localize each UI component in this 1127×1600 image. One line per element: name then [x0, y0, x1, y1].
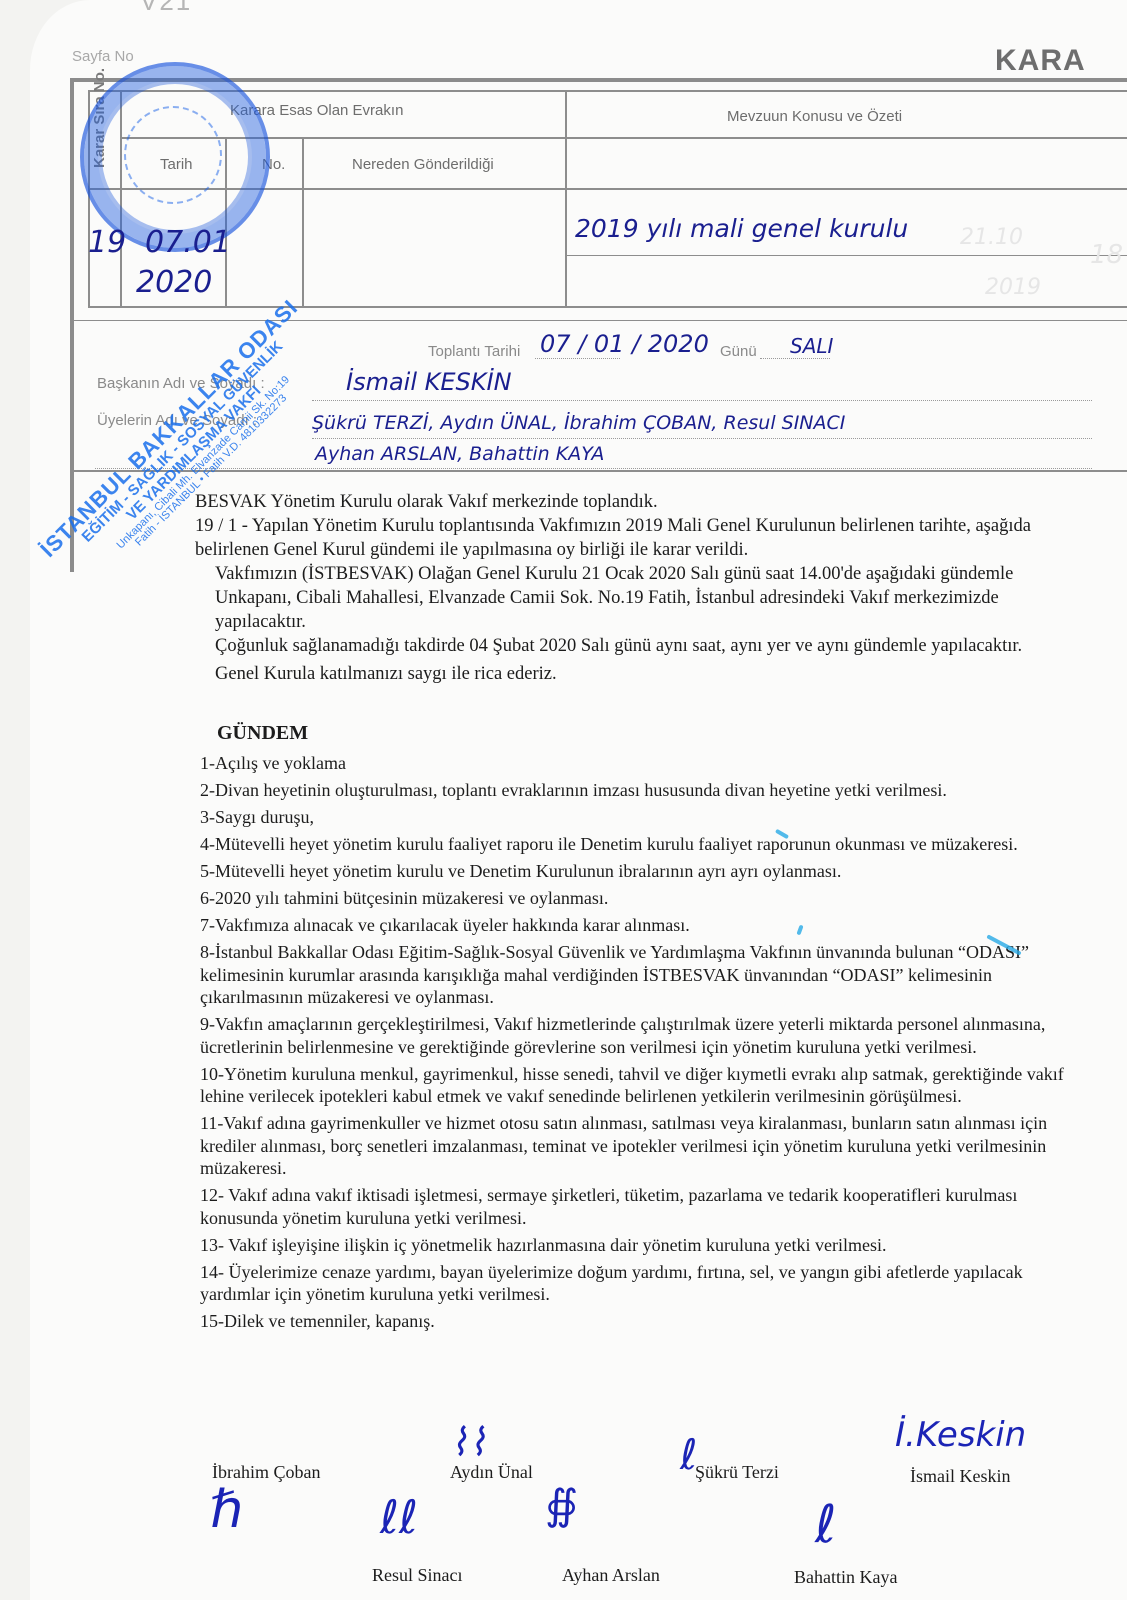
signatory-ismail-keskin: İsmail Keskin	[910, 1466, 1011, 1487]
agenda-item: 2-Divan heyetinin oluşturulması, toplant…	[200, 779, 1080, 802]
agenda-item: 14- Üyelerimize cenaze yardımı, bayan üy…	[200, 1261, 1080, 1306]
agenda-item: 1-Açılış ve yoklama	[200, 752, 1080, 775]
signatory-ayhan-arslan: Ayhan Arslan	[562, 1565, 660, 1586]
body-p4: Çoğunluk sağlanamadığı takdirde 04 Şubat…	[195, 634, 1085, 658]
agenda-item: 6-2020 yılı tahmini bütçesinin müzakeres…	[200, 887, 1080, 910]
entry-year: 2020	[136, 265, 212, 300]
meeting-date-value: 07 / 01 / 2020	[540, 330, 709, 358]
agenda-item: 9-Vakfın amaçlarının gerçekleştirilmesi,…	[200, 1013, 1080, 1058]
ghost-prev-no: 18	[1090, 240, 1123, 270]
members-line2: Ayhan ARSLAN, Bahattin KAYA	[315, 443, 604, 465]
agenda-item: 11-Vakıf adına gayrimenkuller ve hizmet …	[200, 1112, 1080, 1180]
signature-ismail-keskin: İ.Keskin	[895, 1415, 1026, 1455]
meeting-date-label: Toplantı Tarihi	[428, 343, 520, 360]
signature-ibrahim-coban: ℏ	[210, 1480, 243, 1540]
signatory-aydin-unal: Aydın Ünal	[450, 1462, 533, 1483]
decision-body: BESVAK Yönetim Kurulu olarak Vakıf merke…	[195, 490, 1085, 686]
members-line1: Şükrü TERZİ, Aydın ÜNAL, İbrahim ÇOBAN, …	[312, 412, 845, 434]
body-p1: BESVAK Yönetim Kurulu olarak Vakıf merke…	[195, 490, 1085, 514]
signature-aydin-unal: ⌇⌇	[450, 1420, 487, 1464]
agenda-item: 8-İstanbul Bakkallar Odası Eğitim-Sağlık…	[200, 941, 1080, 1009]
agenda-item: 7-Vakfımıza alınacak ve çıkarılacak üyel…	[200, 914, 1080, 937]
col-nereden: Nereden Gönderildiği	[352, 156, 494, 173]
agenda-item: 12- Vakıf adına vakıf iktisadi işletmesi…	[200, 1184, 1080, 1229]
signature-bahattin-kaya: ℓ	[815, 1495, 836, 1555]
agenda-item: 10-Yönetim kuruluna menkul, gayrimenkul,…	[200, 1063, 1080, 1108]
form-title: KARA	[995, 44, 1086, 78]
meeting-day-label: Günü	[720, 343, 757, 360]
top-mark: V21	[140, 0, 192, 17]
body-p3: Vakfımızın (İSTBESVAK) Olağan Genel Kuru…	[195, 562, 1085, 634]
signature-ayhan-arslan: ∯	[545, 1480, 578, 1529]
signatory-sukru-terzi: Şükrü Terzi	[695, 1462, 779, 1483]
body-p2: 19 / 1 - Yapılan Yönetim Kurulu toplantı…	[195, 514, 1085, 562]
ghost-prev-year: 2019	[985, 275, 1041, 300]
signature-resul-sinaci: ℓℓ	[380, 1490, 418, 1544]
ghost-prev-date: 21.10	[960, 225, 1023, 250]
agenda-item: 13- Vakıf işleyişine ilişkin iç yönetmel…	[200, 1234, 1080, 1257]
agenda-item: 15-Dilek ve temenniler, kapanış.	[200, 1310, 1080, 1333]
meeting-day-value: SALI	[790, 334, 833, 358]
signatory-bahattin-kaya: Bahattin Kaya	[794, 1567, 897, 1588]
round-seal-stamp	[80, 62, 270, 252]
signatory-ibrahim-coban: İbrahim Çoban	[212, 1462, 320, 1483]
agenda-title: GÜNDEM	[217, 722, 308, 745]
agenda-item: 5-Mütevelli heyet yönetim kurulu ve Dene…	[200, 860, 1080, 883]
agenda-item: 4-Mütevelli heyet yönetim kurulu faaliye…	[200, 833, 1080, 856]
chair-value: İsmail KESKİN	[346, 368, 512, 396]
agenda-item: 3-Saygı duruşu,	[200, 806, 1080, 829]
entry-subject: 2019 yılı mali genel kurulu	[575, 214, 908, 243]
col-mevzuu: Mevzuun Konusu ve Özeti	[727, 108, 902, 125]
entry-sira-no: 19	[88, 225, 126, 260]
signatory-resul-sinaci: Resul Sinacı	[372, 1565, 463, 1586]
page-number-label: Sayfa No	[72, 48, 134, 65]
body-p5: Genel Kurula katılmanızı saygı ile rica …	[195, 662, 1085, 686]
agenda-list: 1-Açılış ve yoklama2-Divan heyetinin olu…	[200, 752, 1080, 1337]
entry-tarih: 07.01	[145, 225, 231, 260]
